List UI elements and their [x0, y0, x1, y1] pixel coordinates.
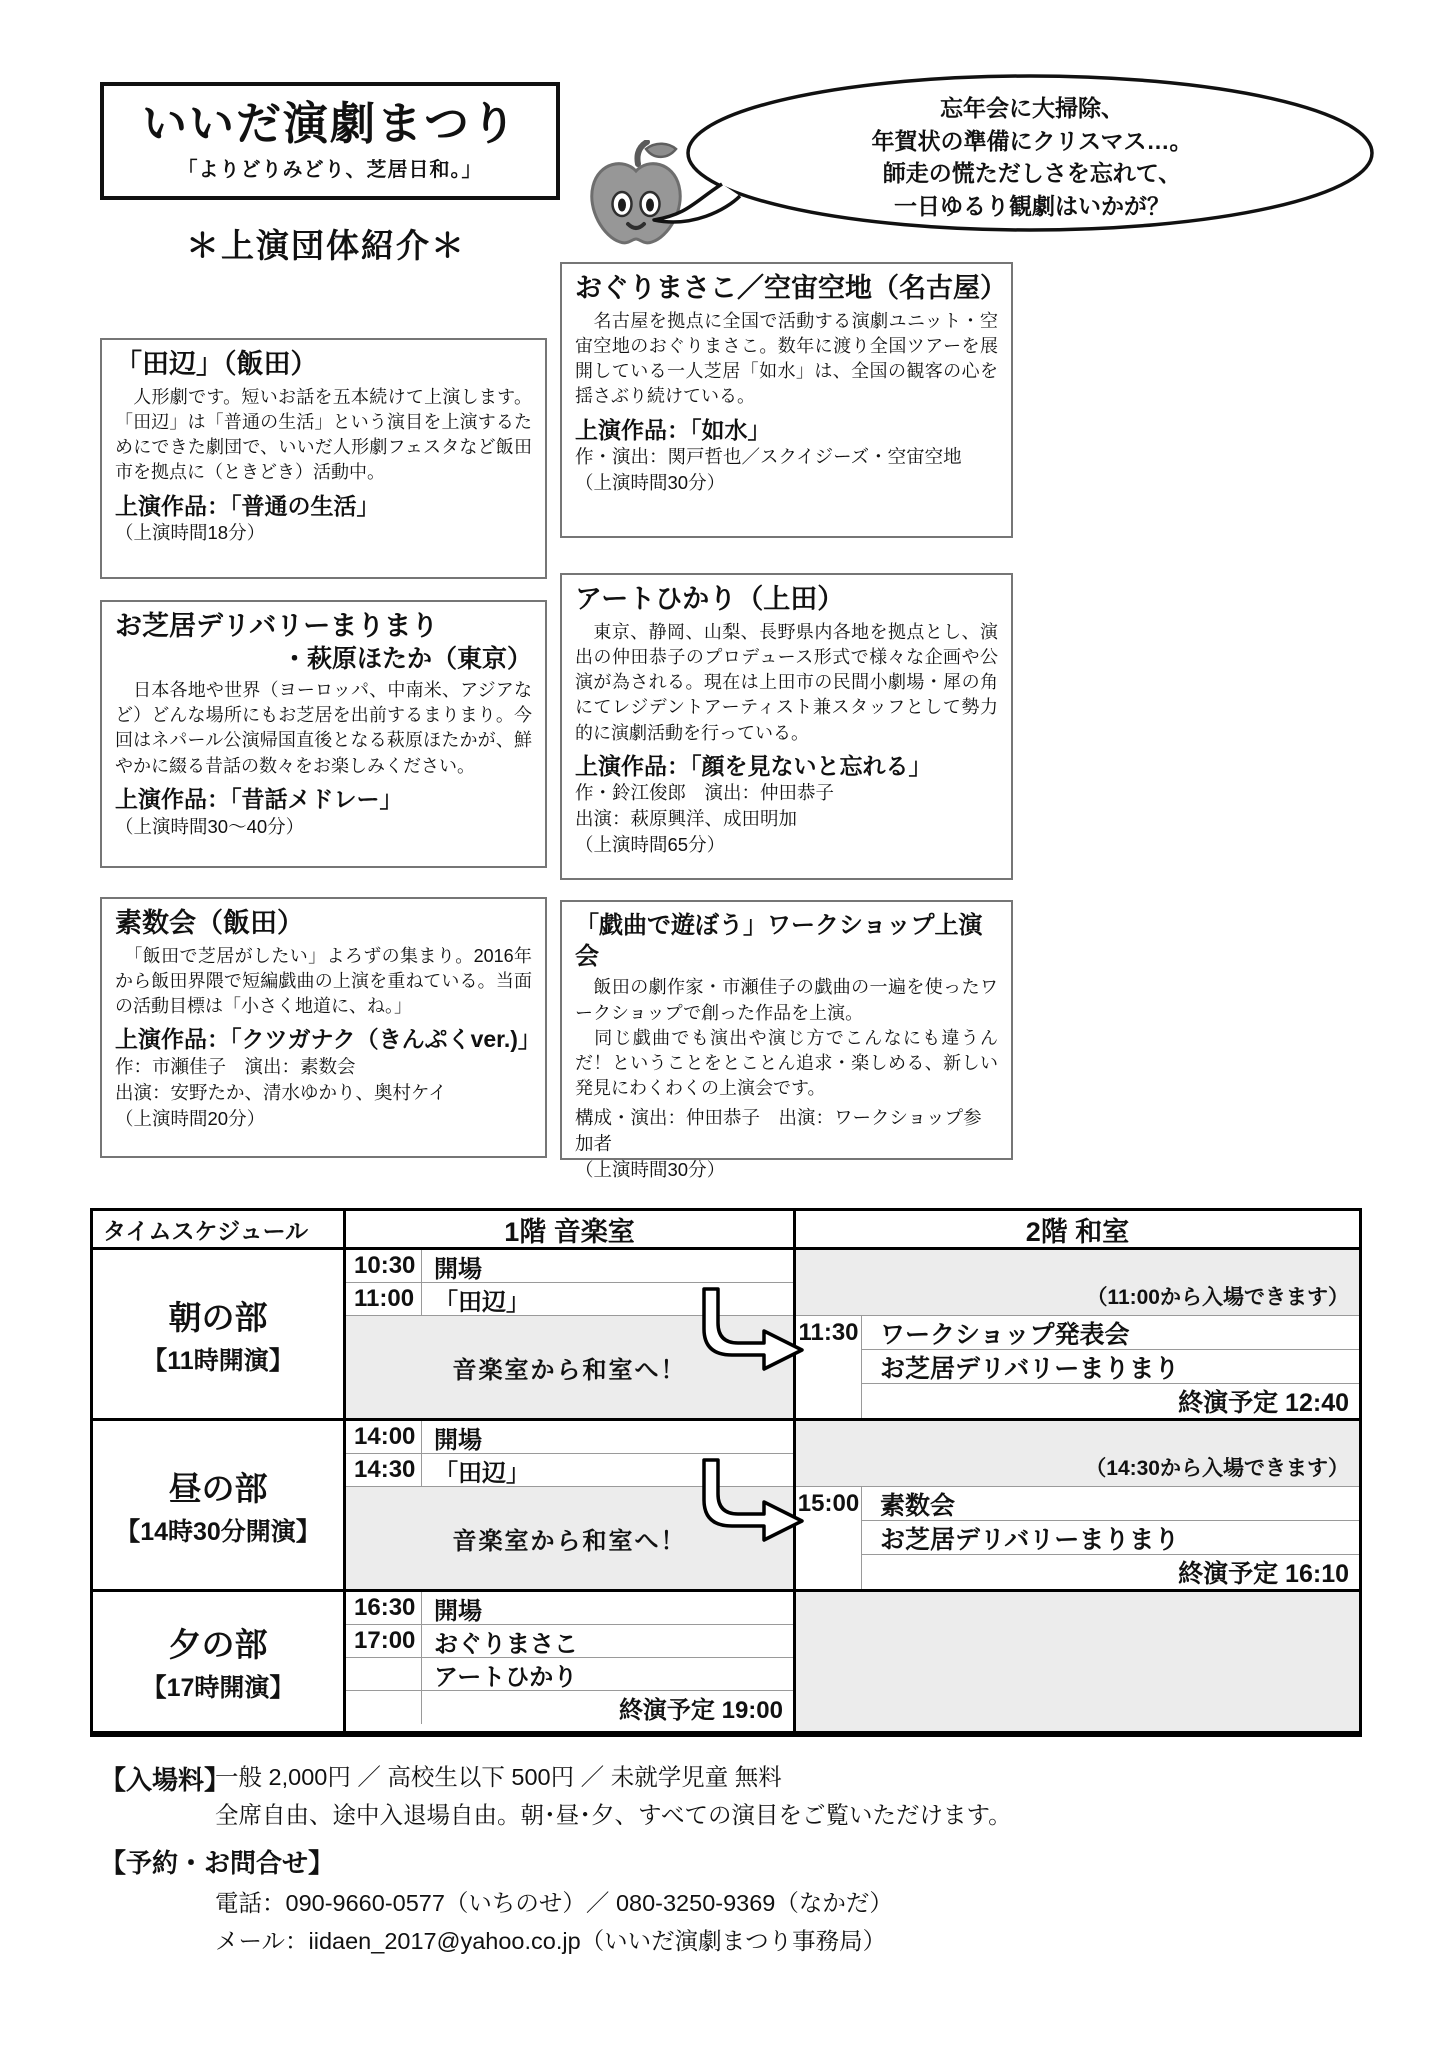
festival-title: いいだ演劇まつり — [142, 100, 518, 147]
entry-event: 開場 — [422, 1420, 793, 1455]
schedule-entry: 終演予定 19:00 — [346, 1691, 793, 1724]
session-name: 朝の部 — [169, 1292, 268, 1339]
group-description: 飯田の劇作家・市瀬佳子の戯曲の一遍を使ったワークショップで創った作品を上演。 — [575, 975, 998, 1025]
session-start: 【17時開演】 — [142, 1668, 295, 1704]
schedule-header-row: タイムスケジュール 1階 音楽室 2階 和室 — [93, 1211, 1359, 1250]
group-duration: （上演時間30～40分） — [115, 814, 532, 840]
group-box-oguri: おぐりまさこ／空宙空地（名古屋） 名古屋を拠点に全国で活動する演劇ユニット・空宙… — [560, 262, 1013, 538]
speech-line: 師走の慌ただしさを忘れて、 — [690, 157, 1374, 190]
group-description: 人形劇です。短いお話を五本続けて上演します。「田辺」は「普通の生活」という演目を… — [115, 385, 532, 486]
entry-event: 開場 — [422, 1249, 793, 1284]
entry-time: 11:00 — [346, 1283, 422, 1315]
group-description: 同じ戯曲でも演出や演じ方でこんなにも違うんだ！ということをとことん追求・楽しめる… — [575, 1026, 998, 1102]
group-name: お芝居デリバリーまりまり — [115, 610, 532, 644]
session-label-cell: 朝の部 【11時開演】 — [93, 1250, 346, 1418]
group-name: アートひかり（上田） — [575, 583, 998, 617]
schedule-entry: 17:00 おぐりまさこ — [346, 1625, 793, 1658]
schedule-header-music-room: 1階 音楽室 — [346, 1210, 796, 1249]
admission-line: 一般 2,000円 ／ 高校生以下 500円 ／ 未就学児童 無料 — [215, 1758, 1012, 1796]
festival-subtitle: 「よりどりみどり、芝居日和。」 — [178, 153, 483, 182]
entry-time: 14:30 — [346, 1454, 422, 1486]
group-duration: （上演時間20分） — [115, 1106, 532, 1132]
schedule-header-label: タイムスケジュール — [93, 1211, 346, 1247]
group-description: 日本各地や世界（ヨーロッパ、中南米、アジアなど）どんな場所にもお芝居を出前するま… — [115, 678, 532, 779]
group-credit: 作：市瀬佳子 演出：素数会 — [115, 1054, 532, 1080]
session-name: 夕の部 — [169, 1619, 268, 1666]
schedule-header-text: タイムスケジュール — [103, 1213, 308, 1246]
schedule-header-text: 1階 音楽室 — [504, 1210, 635, 1249]
entry-time: 17:00 — [346, 1625, 422, 1657]
group-description: 東京、静岡、山梨、長野県内各地を拠点とし、演出の仲田恭子のプロデュース形式で様々… — [575, 620, 998, 746]
entry-end-time: 終演予定 16:10 — [862, 1555, 1359, 1589]
group-work-title: 上演作品：「顔を見ないと忘れる」 — [575, 752, 998, 781]
group-box-workshop: 「戯曲で遊ぼう」ワークショップ上演会 飯田の劇作家・市瀬佳子の戯曲の一遍を使った… — [560, 900, 1013, 1160]
flyer-page: いいだ演劇まつり 「よりどりみどり、芝居日和。」 忘年会に大掃除、 年賀状の準備… — [0, 0, 1448, 2048]
group-duration: （上演時間65分） — [575, 832, 998, 858]
group-name: 「戯曲で遊ぼう」ワークショップ上演会 — [575, 910, 998, 972]
group-work-title: 上演作品：「昔話メドレー」 — [115, 785, 532, 814]
group-name: 素数会（飯田） — [115, 907, 532, 941]
group-box-sosukai: 素数会（飯田） 「飯田で芝居がしたい」よろずの集まり。2016年から飯田界隈で短… — [100, 897, 547, 1158]
festival-title-box: いいだ演劇まつり 「よりどりみどり、芝居日和。」 — [100, 82, 560, 200]
group-name: 「田辺」（飯田） — [115, 348, 532, 382]
session-label-cell: 夕の部 【17時開演】 — [93, 1592, 346, 1731]
group-work-title: 上演作品：「クツガナク（きんぷくver.)」 — [115, 1025, 532, 1054]
entry-event: おぐりまさこ — [422, 1624, 793, 1659]
group-credit: 出演：安野たか、清水ゆかり、奥村ケイ — [115, 1080, 532, 1106]
schedule-entry: 10:30 開場 — [346, 1250, 793, 1283]
group-description: 「飯田で芝居がしたい」よろずの集まり。2016年から飯田界隈で短編戯曲の上演を重… — [115, 944, 532, 1020]
session-name: 昼の部 — [169, 1463, 268, 1510]
admission-info: 一般 2,000円 ／ 高校生以下 500円 ／ 未就学児童 無料 全席自由、途… — [215, 1758, 1012, 1834]
group-credit: 作・演出：関戸哲也／スクイジーズ・空宙空地 — [575, 444, 998, 470]
curved-arrow-icon — [696, 1458, 808, 1551]
session-start: 【14時30分開演】 — [115, 1512, 321, 1548]
contact-phone: 電話：090-9660-0577（いちのせ）／ 080-3250-9369（なか… — [215, 1884, 893, 1922]
washitsu-cell: （11:00から入場できます） 11:30 ワークショップ発表会 お芝居デリバリ… — [796, 1250, 1359, 1418]
section-heading: ＊上演団体紹介＊ — [100, 220, 552, 267]
washitsu-cell: （14:30から入場できます） 15:00 素数会 お芝居デリバリーまりまり 終… — [796, 1421, 1359, 1589]
entry-time: 16:30 — [346, 1592, 422, 1624]
entry-time: 14:00 — [346, 1421, 422, 1453]
entry-time — [346, 1691, 422, 1724]
session-label-cell: 昼の部 【14時30分開演】 — [93, 1421, 346, 1589]
contact-info: 電話：090-9660-0577（いちのせ）／ 080-3250-9369（なか… — [215, 1884, 893, 1960]
washitsu-cell — [796, 1592, 1359, 1731]
group-duration: （上演時間18分） — [115, 520, 532, 546]
speech-line: 年賀状の準備にクリスマス…。 — [690, 125, 1374, 158]
group-credit: 出演：萩原興洋、成田明加 — [575, 806, 998, 832]
group-description: 名古屋を拠点に全国で活動する演劇ユニット・空宙空地のおぐりまさこ。数年に渡り全国… — [575, 309, 998, 410]
contact-email: メール：iidaen_2017@yahoo.co.jp（いいだ演劇まつり事務局） — [215, 1922, 893, 1960]
group-box-tanabe: 「田辺」（飯田） 人形劇です。短いお話を五本続けて上演します。「田辺」は「普通の… — [100, 338, 547, 579]
entry-event: アートひかり — [422, 1657, 793, 1692]
group-box-marimari: お芝居デリバリーまりまり ・萩原ほたか（東京） 日本各地や世界（ヨーロッパ、中南… — [100, 600, 547, 868]
group-work-title: 上演作品：「普通の生活」 — [115, 492, 532, 521]
group-work-title: 上演作品：「如水」 — [575, 416, 998, 445]
schedule-entry: 14:00 開場 — [346, 1421, 793, 1454]
schedule-entry: 16:30 開場 — [346, 1592, 793, 1625]
music-room-cell: 16:30 開場 17:00 おぐりまさこ アートひかり 終演予定 19:00 — [346, 1592, 796, 1731]
washitsu-block: 11:30 ワークショップ発表会 お芝居デリバリーまりまり 終演予定 12:40 — [796, 1316, 1359, 1418]
schedule-header-washitsu: 2階 和室 — [796, 1210, 1359, 1249]
entry-time: 10:30 — [346, 1250, 422, 1282]
session-start: 【11時開演】 — [142, 1341, 293, 1377]
entry-note: （11:00から入場できます） — [796, 1250, 1359, 1316]
empty-gray-cell — [796, 1592, 1359, 1731]
entry-event: 開場 — [422, 1591, 793, 1626]
speech-line: 忘年会に大掃除、 — [690, 92, 1374, 125]
group-name: おぐりまさこ／空宙空地（名古屋） — [575, 272, 998, 306]
schedule-row-evening: 夕の部 【17時開演】 16:30 開場 17:00 おぐりまさこ アートひかり — [93, 1592, 1359, 1734]
entry-time — [346, 1658, 422, 1690]
washitsu-block: 15:00 素数会 お芝居デリバリーまりまり 終演予定 16:10 — [796, 1487, 1359, 1589]
group-name-sub: ・萩原ほたか（東京） — [115, 644, 532, 675]
entry-event: 素数会 — [862, 1487, 1359, 1521]
group-duration: （上演時間30分） — [575, 470, 998, 496]
schedule-entry: アートひかり — [346, 1658, 793, 1691]
contact-label: 【予約・お問合せ】 — [100, 1843, 334, 1880]
group-credit: 作・鈴江俊郎 演出：仲田恭子 — [575, 780, 998, 806]
speech-line: 一日ゆるり観劇はいかが？ — [690, 190, 1374, 223]
speech-bubble-text: 忘年会に大掃除、 年賀状の準備にクリスマス…。 師走の慌ただしさを忘れて、 一日… — [690, 92, 1374, 223]
entry-note: （14:30から入場できます） — [796, 1421, 1359, 1487]
curved-arrow-icon — [696, 1287, 808, 1380]
entry-end-time: 終演予定 12:40 — [862, 1384, 1359, 1418]
entry-event: ワークショップ発表会 — [862, 1316, 1359, 1350]
entry-event: お芝居デリバリーまりまり — [862, 1521, 1359, 1555]
group-box-arthikari: アートひかり（上田） 東京、静岡、山梨、長野県内各地を拠点とし、演出の仲田恭子の… — [560, 573, 1013, 880]
admission-label: 【入場料】 — [100, 1760, 230, 1797]
group-duration: （上演時間30分） — [575, 1157, 998, 1183]
admission-line: 全席自由、途中入退場自由。朝･昼･夕、すべての演目をご覧いただけます。 — [215, 1796, 1012, 1834]
group-credit: 構成・演出：仲田恭子 出演：ワークショップ参加者 — [575, 1105, 998, 1157]
entry-end-time: 終演予定 19:00 — [422, 1690, 793, 1725]
schedule-header-text: 2階 和室 — [1026, 1210, 1130, 1249]
entry-event: お芝居デリバリーまりまり — [862, 1350, 1359, 1384]
time-schedule-table: タイムスケジュール 1階 音楽室 2階 和室 朝の部 【11時開演】 10:30… — [90, 1208, 1362, 1737]
